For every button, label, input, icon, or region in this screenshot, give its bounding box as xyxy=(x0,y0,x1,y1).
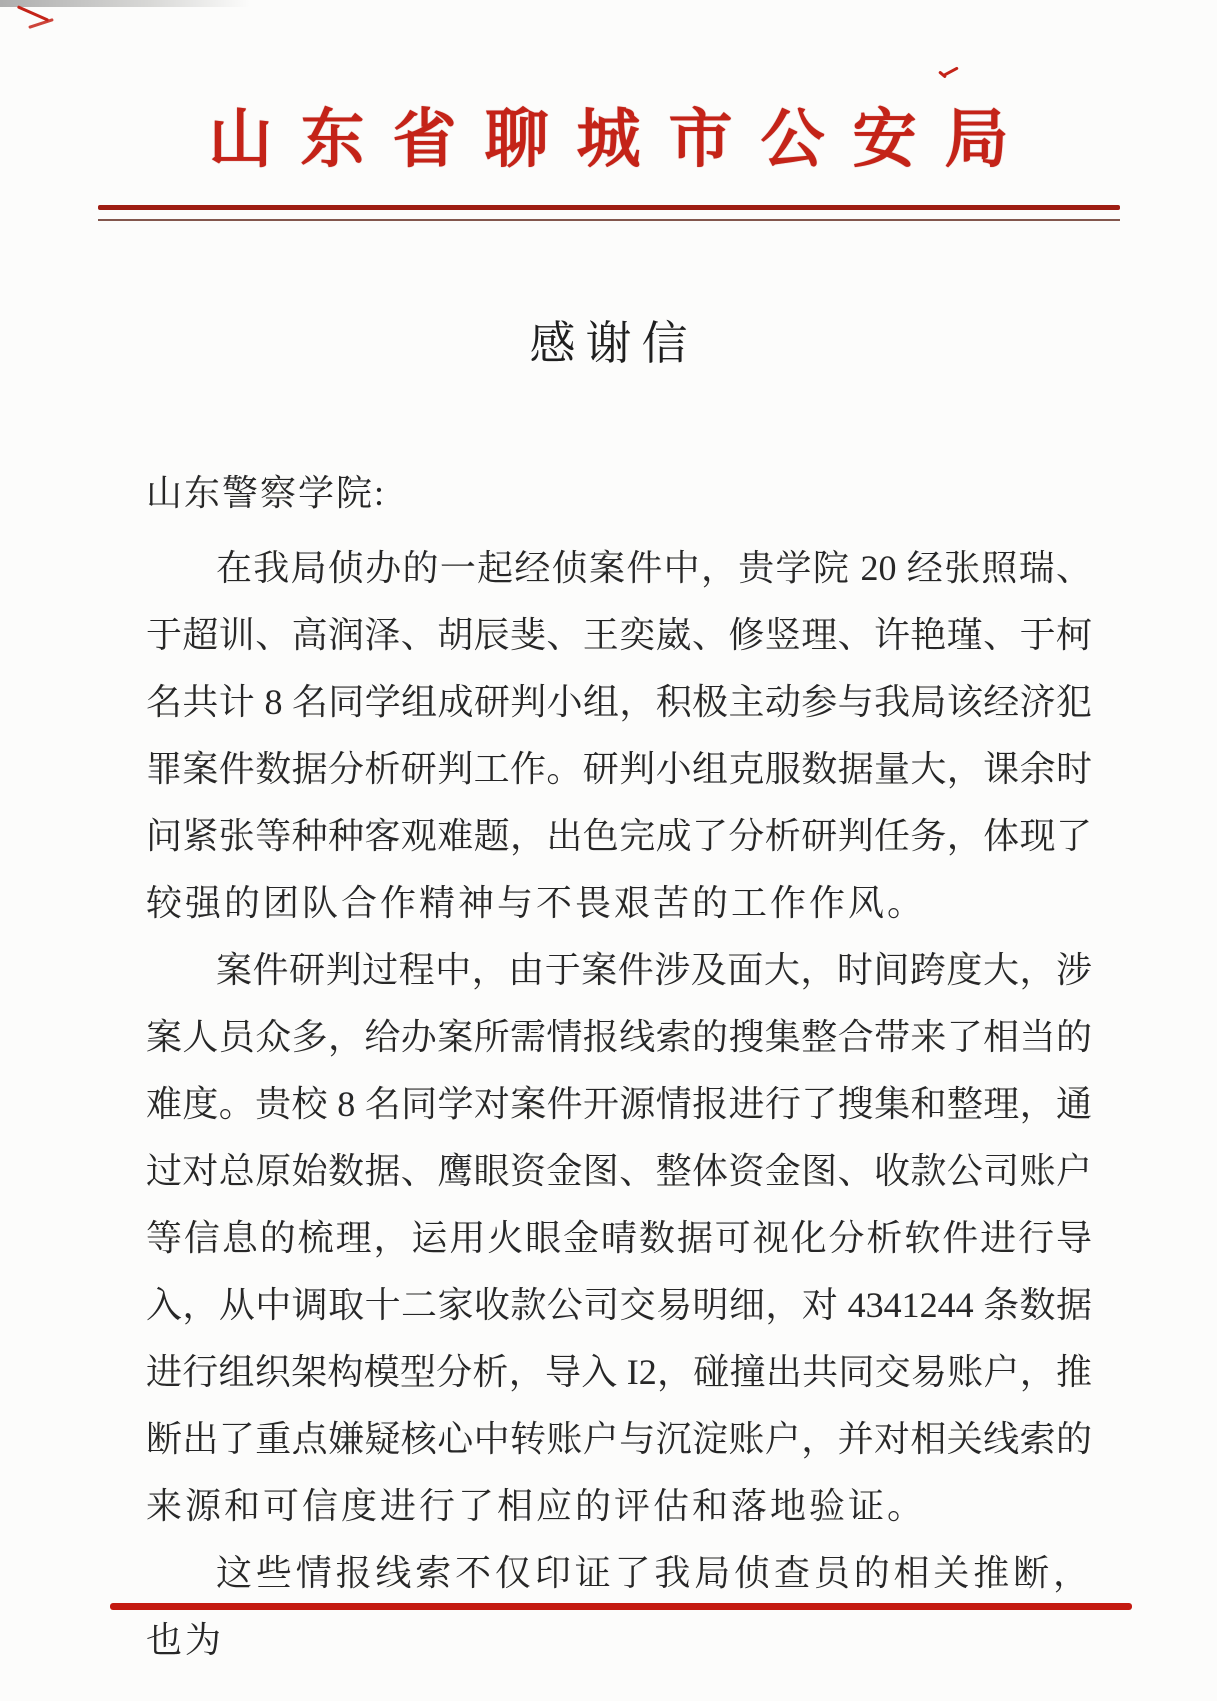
letter-line: 入，从中调取十二家收款公司交易明细，对 4341244 条数据 xyxy=(146,1272,1092,1339)
letter-title: 感谢信 xyxy=(0,315,1217,373)
paragraph-1: 在我局侦办的一起经侦案件中，贵学院 20 经张照瑞、 于超训、高润泽、胡辰斐、王… xyxy=(146,535,1092,937)
salutation: 山东警察学院: xyxy=(146,460,1092,527)
footer-red-rule xyxy=(110,1603,1132,1610)
letter-line: 过对总原始数据、鹰眼资金图、整体资金图、收款公司账户 xyxy=(146,1138,1092,1205)
red-checkmark-artifact xyxy=(938,64,960,82)
letter-line: 来源和可信度进行了相应的评估和落地验证。 xyxy=(146,1473,1092,1540)
scan-edge-smudge xyxy=(0,0,250,7)
letter-line: 罪案件数据分析研判工作。研判小组克服数据量大，课余时 xyxy=(146,736,1092,803)
letterhead-rule-thick xyxy=(98,205,1120,210)
letter-line: 案人员众多，给办案所需情报线索的搜集整合带来了相当的 xyxy=(146,1004,1092,1071)
paragraph-2: 案件研判过程中，由于案件涉及面大，时间跨度大，涉 案人员众多，给办案所需情报线索… xyxy=(146,937,1092,1540)
letter-line: 进行组织架构模型分析，导入 I2，碰撞出共同交易账户，推 xyxy=(146,1339,1092,1406)
letter-line: 案件研判过程中，由于案件涉及面大，时间跨度大，涉 xyxy=(146,937,1092,1004)
letter-line: 等信息的梳理，运用火眼金晴数据可视化分析软件进行导 xyxy=(146,1205,1092,1272)
red-pen-scribble-artifact xyxy=(14,8,62,38)
letter-line: 名共计 8 名同学组成研判小组，积极主动参与我局该经济犯 xyxy=(146,669,1092,736)
letter-line: 在我局侦办的一起经侦案件中，贵学院 20 经张照瑞、 xyxy=(146,535,1092,602)
letter-body: 山东警察学院: 在我局侦办的一起经侦案件中，贵学院 20 经张照瑞、 于超训、高… xyxy=(146,460,1092,1674)
letter-line: 较强的团队合作精神与不畏艰苦的工作作风。 xyxy=(146,870,1092,937)
letter-line: 于超训、高润泽、胡辰斐、王奕崴、修竖理、许艳瑾、于柯 xyxy=(146,602,1092,669)
letter-line: 难度。贵校 8 名同学对案件开源情报进行了搜集和整理，通 xyxy=(146,1071,1092,1138)
letter-line: 断出了重点嫌疑核心中转账户与沉淀账户，并对相关线索的 xyxy=(146,1406,1092,1473)
scanned-letter-page: 山东省聊城市公安局 感谢信 山东警察学院: 在我局侦办的一起经侦案件中，贵学院 … xyxy=(0,0,1217,1701)
letterhead-rule-thin xyxy=(98,219,1120,221)
agency-letterhead-title: 山东省聊城市公安局 xyxy=(0,98,1217,181)
letter-line: 问紧张等种种客观难题，出色完成了分析研判任务，体现了 xyxy=(146,803,1092,870)
